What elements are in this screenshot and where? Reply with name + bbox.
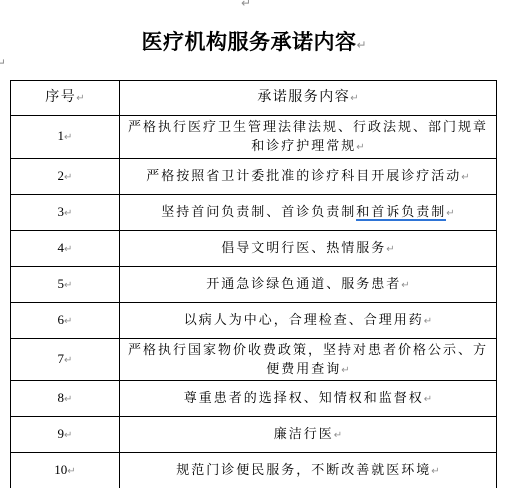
row-number-cell: 7↵ <box>11 338 120 381</box>
paragraph-return-icon: ↵ <box>424 316 432 327</box>
row-number-cell: 6↵ <box>11 302 120 338</box>
header-content-label: 承诺服务内容 <box>257 90 350 105</box>
header-cell-number: 序号↵ <box>11 81 120 116</box>
paragraph-return-icon: ↵ <box>386 244 394 255</box>
table-row: 6↵以病人为中心，合理检查、合理用药↵ <box>11 302 497 338</box>
row-content-cell: 严格执行国家物价收费政策，坚持对患者价格公示、方便费用查询↵ <box>119 338 496 381</box>
paragraph-return-icon: ↵ <box>76 93 84 104</box>
page-title-text: 医疗机构服务承诺内容 <box>141 30 356 54</box>
row-content-cell: 倡导文明行医、热情服务↵ <box>119 230 496 266</box>
row-number-cell: 9↵ <box>11 417 120 453</box>
table-row: 2↵严格按照省卫计委批准的诊疗科目开展诊疗活动↵ <box>11 158 497 194</box>
row-number-cell: 5↵ <box>11 266 120 302</box>
row-content-text: 严格执行医疗卫生管理法律法规、行政法规、部门规章和诊疗护理常规 <box>128 119 488 153</box>
row-content-text: 严格按照省卫计委批准的诊疗科目开展诊疗活动 <box>146 168 461 183</box>
paragraph-return-icon: ↵ <box>461 172 469 183</box>
paragraph-return-icon: ↵ <box>67 466 75 477</box>
row-content-text: 严格执行国家物价收费政策，坚持对患者价格公示、方便费用查询 <box>128 342 488 376</box>
table-row: 9↵廉洁行医↵ <box>11 417 497 453</box>
row-content-cell: 尊重患者的选择权、知情权和监督权↵ <box>119 381 496 417</box>
paragraph-return-icon: ↵ <box>356 38 366 52</box>
row-number-cell: 4↵ <box>11 230 120 266</box>
paragraph-return-icon: ↵ <box>64 280 72 291</box>
paragraph-return-icon: ↵ <box>446 208 454 219</box>
paragraph-return-icon: ↵ <box>64 430 72 441</box>
document-page: { "marks": { "return": "↵" }, "title": {… <box>0 0 508 488</box>
table-row: 10↵规范门诊便民服务，不断改善就医环境↵ <box>11 453 497 488</box>
commitment-table: 序号↵ 承诺服务内容↵ 1↵严格执行医疗卫生管理法律法规、行政法规、部门规章和诊… <box>10 80 497 488</box>
paragraph-return-icon: ↵ <box>64 172 72 183</box>
row-content-text: 规范门诊便民服务，不断改善就医环境 <box>176 462 431 477</box>
row-content-text: 开通急诊绿色通道、服务患者 <box>206 276 401 291</box>
header-number-label: 序号 <box>45 90 76 105</box>
row-content-text: 廉洁行医 <box>274 426 334 441</box>
page-title: 医疗机构服务承诺内容↵ <box>0 26 508 56</box>
table-row: 8↵尊重患者的选择权、知情权和监督权↵ <box>11 381 497 417</box>
table-header-row: 序号↵ 承诺服务内容↵ <box>11 81 497 116</box>
paragraph-return-icon: ↵ <box>64 208 72 219</box>
paragraph-return-icon: ↵ <box>431 466 439 477</box>
row-content-cell: 坚持首问负责制、首诊负责制和首诉负责制↵ <box>119 194 496 230</box>
paragraph-return-icon: ↵ <box>424 394 432 405</box>
row-content-text: 倡导文明行医、热情服务 <box>221 240 386 255</box>
table-row: 5↵开通急诊绿色通道、服务患者↵ <box>11 266 497 302</box>
paragraph-return-icon: ↵ <box>64 244 72 255</box>
row-content-cell: 以病人为中心，合理检查、合理用药↵ <box>119 302 496 338</box>
empty-paragraph-mark: ↵ <box>241 0 251 10</box>
row-number-cell: 1↵ <box>11 116 120 159</box>
table-row: 4↵倡导文明行医、热情服务↵ <box>11 230 497 266</box>
paragraph-return-icon: ↵ <box>341 365 349 376</box>
header-cell-content: 承诺服务内容↵ <box>119 81 496 116</box>
row-content-cell: 严格执行医疗卫生管理法律法规、行政法规、部门规章和诊疗护理常规↵ <box>119 116 496 159</box>
row-number-cell: 10↵ <box>11 453 120 488</box>
row-content-text: 尊重患者的选择权、知情权和监督权 <box>184 390 424 405</box>
margin-paragraph-mark: ↵ <box>0 56 6 70</box>
paragraph-return-icon: ↵ <box>334 430 342 441</box>
paragraph-return-icon: ↵ <box>350 93 358 104</box>
paragraph-return-icon: ↵ <box>64 394 72 405</box>
row-content-cell: 严格按照省卫计委批准的诊疗科目开展诊疗活动↵ <box>119 158 496 194</box>
row-content-cell: 廉洁行医↵ <box>119 417 496 453</box>
paragraph-return-icon: ↵ <box>64 355 72 366</box>
row-number-cell: 2↵ <box>11 158 120 194</box>
row-content-text-grammar-underlined: 和首诉负责制 <box>356 204 446 221</box>
row-number-cell: 3↵ <box>11 194 120 230</box>
paragraph-return-icon: ↵ <box>356 142 364 153</box>
row-content-cell: 规范门诊便民服务，不断改善就医环境↵ <box>119 453 496 488</box>
table-row: 7↵严格执行国家物价收费政策，坚持对患者价格公示、方便费用查询↵ <box>11 338 497 381</box>
row-content-text: 坚持首问负责制、首诊负责制 <box>161 204 356 219</box>
paragraph-return-icon: ↵ <box>401 280 409 291</box>
row-number: 10 <box>54 462 67 477</box>
row-content-text: 以病人为中心，合理检查、合理用药 <box>184 312 424 327</box>
row-number-cell: 8↵ <box>11 381 120 417</box>
table-row: 3↵坚持首问负责制、首诊负责制和首诉负责制↵ <box>11 194 497 230</box>
row-content-cell: 开通急诊绿色通道、服务患者↵ <box>119 266 496 302</box>
table-row: 1↵严格执行医疗卫生管理法律法规、行政法规、部门规章和诊疗护理常规↵ <box>11 116 497 159</box>
paragraph-return-icon: ↵ <box>64 132 72 143</box>
table-body: 序号↵ 承诺服务内容↵ 1↵严格执行医疗卫生管理法律法规、行政法规、部门规章和诊… <box>11 81 497 488</box>
paragraph-return-icon: ↵ <box>64 316 72 327</box>
